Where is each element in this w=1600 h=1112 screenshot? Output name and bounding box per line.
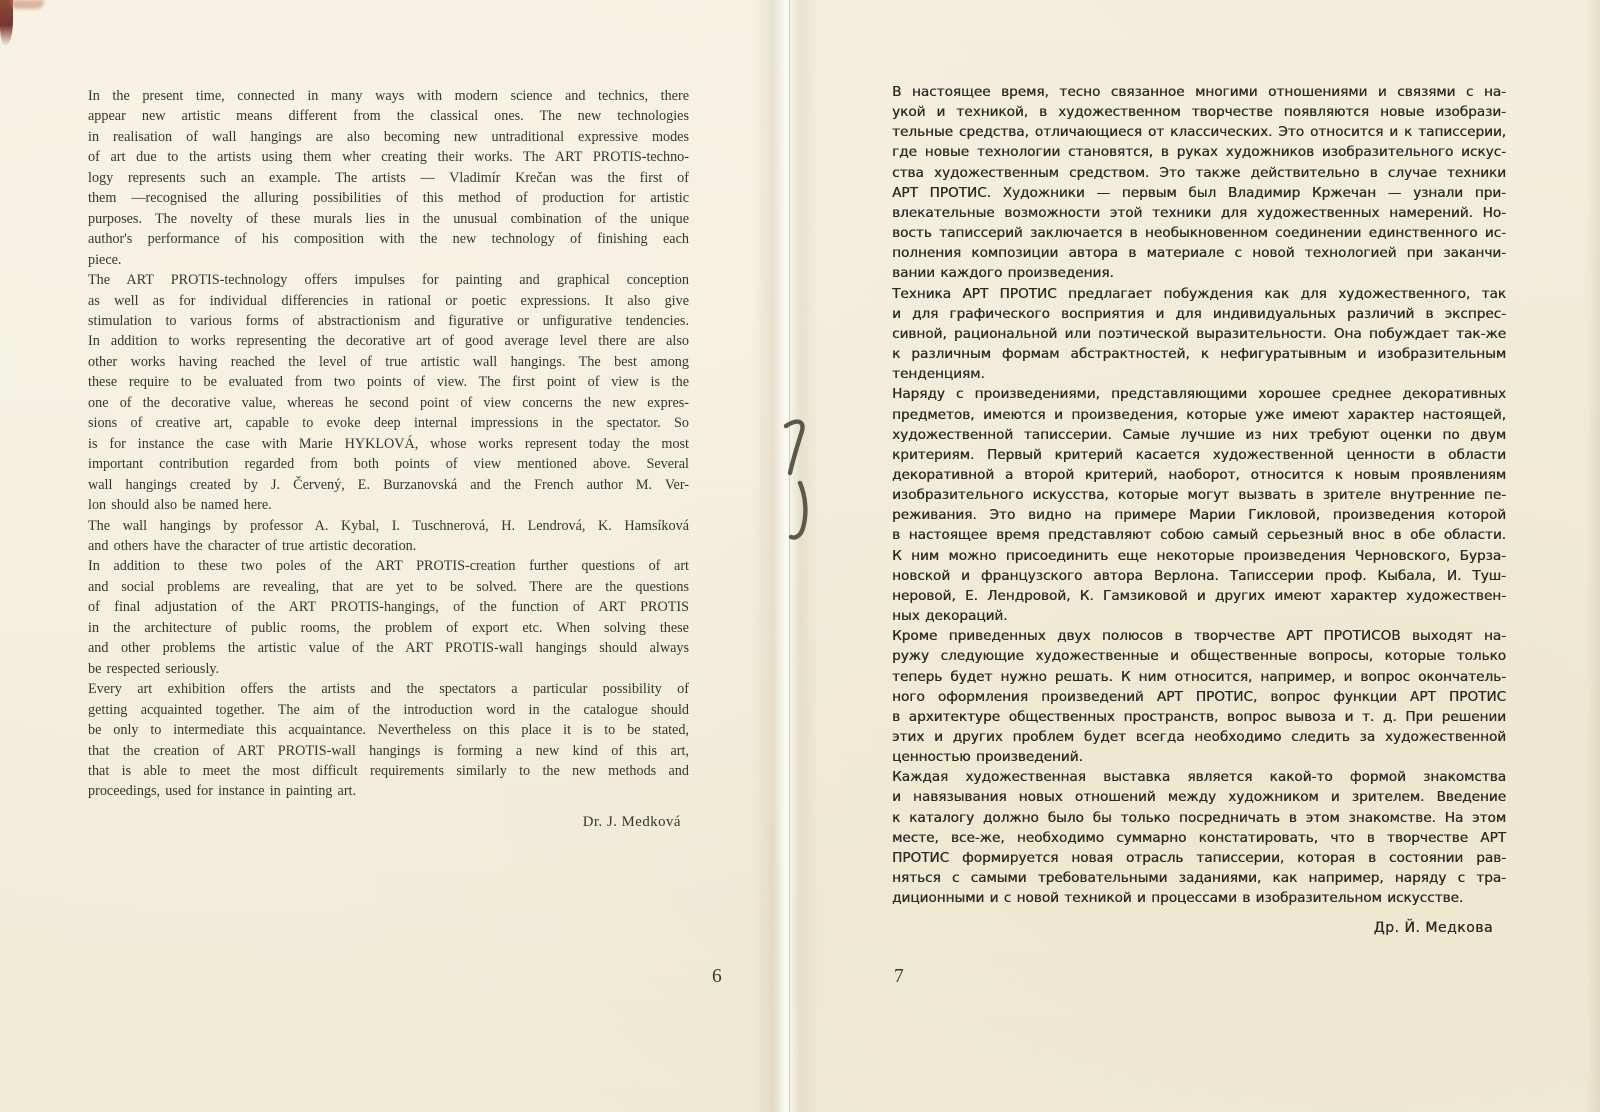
text-line: новской и французского автора Верлона. Т…	[892, 566, 1506, 586]
text-line: сивной, рациональной или поэтической выр…	[892, 324, 1506, 344]
text-line: In the present time, connected in many w…	[88, 86, 689, 106]
text-line: Каждая художественная выставка является …	[892, 767, 1506, 787]
text-line: художественной таписсерии. Самые лучшие …	[892, 425, 1506, 445]
left-page-signature: Dr. J. Medková	[88, 814, 681, 831]
text-line: Техника АРТ ПРОТИС предлагает побуждения…	[892, 284, 1506, 304]
text-line: is for instance the case with Marie HYKL…	[88, 434, 689, 454]
text-line: и для графического восприятия и для инди…	[892, 304, 1506, 324]
text-line: In addition to works representing the de…	[88, 331, 689, 351]
red-corner-mark	[0, 0, 13, 46]
text-line: wall hangings created by J. Červený, E. …	[88, 475, 689, 495]
text-line: ного оформления произведений АРТ ПРОТИС,…	[892, 687, 1506, 707]
text-line: тельные средства, отличающиеся от класси…	[892, 122, 1506, 142]
text-line: где новые технологии становятся, в руках…	[892, 142, 1506, 162]
text-line: of art due to the artists using them whe…	[88, 147, 689, 167]
text-line: этих и других проблем будет всегда необх…	[892, 727, 1506, 747]
staple-marks-icon	[770, 412, 830, 552]
text-line: Наряду с произведениями, представляющими…	[892, 384, 1506, 404]
text-line: in the architecture of public rooms, the…	[88, 618, 689, 638]
text-line: ценностью произведений.	[892, 747, 1506, 767]
text-line: тенденциям.	[892, 364, 1506, 384]
text-line: Кроме приведенных двух полюсов в творчес…	[892, 626, 1506, 646]
text-line: getting acquainted together. The aim of …	[88, 700, 689, 720]
text-line: The ART PROTIS-technology offers impulse…	[88, 270, 689, 290]
right-page-body: В настоящее время, тесно связанное многи…	[892, 82, 1506, 908]
text-line: and social problems are revealing, that …	[88, 577, 689, 597]
left-page-body: In the present time, connected in many w…	[88, 86, 689, 802]
text-line: и навязывания новых отношений между худо…	[892, 787, 1506, 807]
text-line: ных декораций.	[892, 606, 1506, 626]
page-number-right: 7	[894, 966, 904, 988]
text-line: теперь будет нужно решать. К ним относит…	[892, 667, 1506, 687]
page-edge-shadow	[1586, 0, 1600, 1112]
text-line: неровой, Е. Лендровой, К. Гамзиковой и д…	[892, 586, 1506, 606]
text-line: укой и техникой, в художественном творче…	[892, 102, 1506, 122]
right-page-signature: Др. Й. Медкова	[892, 920, 1493, 936]
text-line: that is able to meet the most difficult …	[88, 761, 689, 781]
binding-fold	[752, 0, 818, 1112]
binding-fold-line	[789, 0, 790, 1112]
text-line: piece.	[88, 250, 689, 270]
text-line: in realisation of wall hangings are also…	[88, 127, 689, 147]
text-line: критериям. Первый критерий касается худо…	[892, 445, 1506, 465]
text-line: be only to intermediate this acquaintanc…	[88, 720, 689, 740]
book-spread-scan: In the present time, connected in many w…	[0, 0, 1600, 1112]
text-line: в архитектуре общественных пространств, …	[892, 707, 1506, 727]
text-line: and other problems the artistic value of…	[88, 638, 689, 658]
text-line: as well as for individual differencies i…	[88, 291, 689, 311]
text-line: в настоящее время представляют собою сам…	[892, 525, 1506, 545]
text-line: декоративной а второй критерий, наоборот…	[892, 465, 1506, 485]
text-line: В настоящее время, тесно связанное многи…	[892, 82, 1506, 102]
text-line: К ним можно присоединить еще некоторые п…	[892, 546, 1506, 566]
text-line: purposes. The novelty of these murals li…	[88, 209, 689, 229]
text-line: к различным формам абстрактностей, к неф…	[892, 344, 1506, 364]
text-line: lon should also be named here.	[88, 495, 689, 515]
text-line: Every art exhibition offers the artists …	[88, 679, 689, 699]
text-line: these require to be evaluated from two p…	[88, 372, 689, 392]
text-line: In addition to these two poles of the AR…	[88, 556, 689, 576]
page-number-left: 6	[712, 966, 722, 988]
text-line: полнения композиции автора в материале с…	[892, 243, 1506, 263]
text-line: of final adjustation of the ART PROTIS-h…	[88, 597, 689, 617]
text-line: предметов, имеются и произведения, котор…	[892, 405, 1506, 425]
text-line: logy represents such an example. The art…	[88, 168, 689, 188]
text-line: stimulation to various forms of abstract…	[88, 311, 689, 331]
text-line: ства художественным средством. Это также…	[892, 163, 1506, 183]
text-line: proceedings, used for instance in painti…	[88, 781, 689, 801]
text-line: няться с самыми требовательными заданиям…	[892, 868, 1506, 888]
text-line: диционными и с новой техникой и процесса…	[892, 888, 1506, 908]
text-line: author's performance of his composition …	[88, 229, 689, 249]
text-line: ружу следующие художественные и обществе…	[892, 646, 1506, 666]
text-line: ПРОТИС формируется новая отрасль таписсе…	[892, 848, 1506, 868]
text-line: АРТ ПРОТИС. Художники — первым был Влади…	[892, 183, 1506, 203]
text-line: The wall hangings by professor A. Kybal,…	[88, 516, 689, 536]
text-line: влекательные возможности этой техники дл…	[892, 203, 1506, 223]
text-line: that the creation of ART PROTIS-wall han…	[88, 741, 689, 761]
text-line: вость таписсерий заключается в необыкнов…	[892, 223, 1506, 243]
text-line: be respected seriously.	[88, 659, 689, 679]
text-line: important contribution regarded from bot…	[88, 454, 689, 474]
text-line: месте, все-же, необходимо суммарно конст…	[892, 828, 1506, 848]
text-line: other works having reached the level of …	[88, 352, 689, 372]
red-corner-smear	[10, 0, 44, 9]
text-line: one of the decorative value, whereas he …	[88, 393, 689, 413]
text-line: вании каждого произведения.	[892, 263, 1506, 283]
text-line: and others have the character of true ar…	[88, 536, 689, 556]
text-line: appear new artistic means different from…	[88, 106, 689, 126]
text-line: sions of creative art, capable to evoke …	[88, 413, 689, 433]
text-line: изобразительного искусства, которые могу…	[892, 485, 1506, 505]
text-line: реживания. Это видно на примере Марии Ги…	[892, 505, 1506, 525]
text-line: them —recognised the alluring possibilit…	[88, 188, 689, 208]
text-line: к каталогу должно было бы только посредн…	[892, 808, 1506, 828]
